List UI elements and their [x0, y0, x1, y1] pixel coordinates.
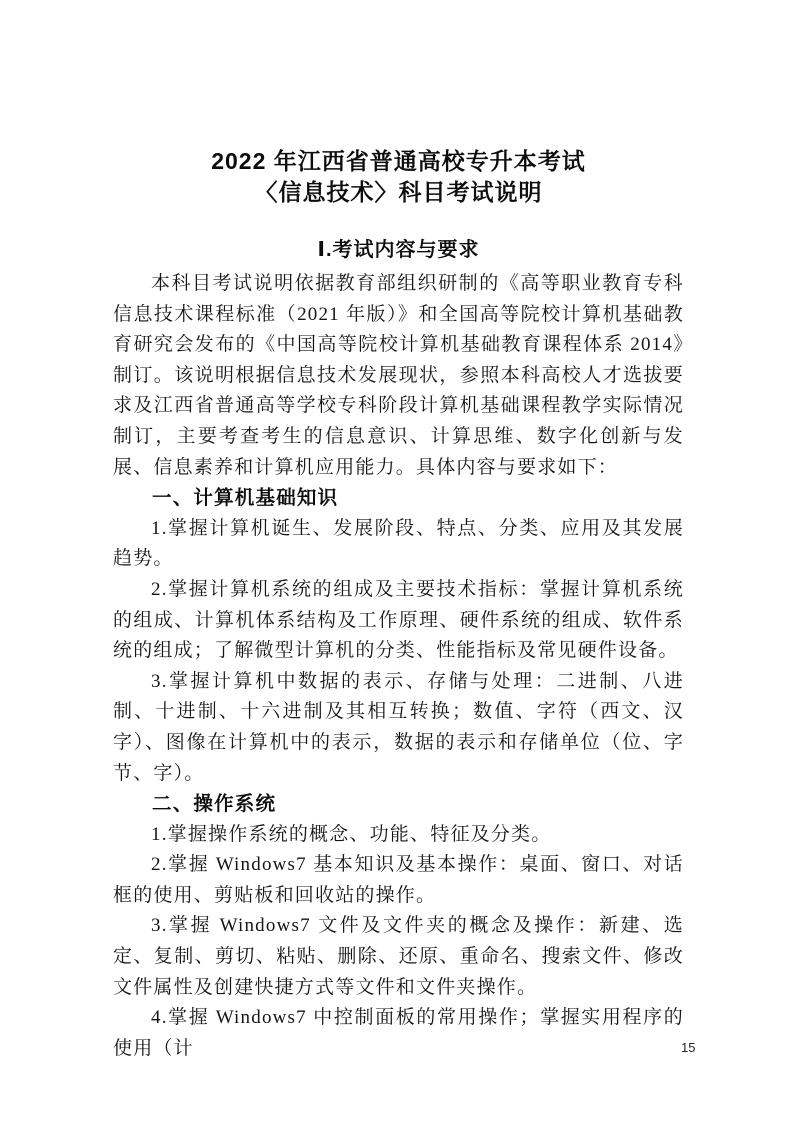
list-item: 1.掌握计算机诞生、发展阶段、特点、分类、应用及其发展趋势。	[113, 514, 684, 575]
list-item: 3.掌握计算机中数据的表示、存储与处理：二进制、八进制、十进制、十六进制及其相互…	[113, 667, 684, 789]
list-item-truncated: 4.掌握 Windows7 中控制面板的常用操作；掌握实用程序的使用（计	[113, 1003, 684, 1064]
document-title-line1: 2022 年江西省普通高校专升本考试	[113, 146, 684, 177]
document-title-line2: 〈信息技术〉科目考试说明	[113, 177, 684, 208]
list-item: 3.掌握 Windows7 文件及文件夹的概念及操作：新建、选定、复制、剪切、粘…	[113, 911, 684, 1003]
list-item: 1.掌握操作系统的概念、功能、特征及分类。	[113, 820, 684, 851]
page-number: 15	[681, 1040, 695, 1055]
document-body: 本科目考试说明依据教育部组织研制的《高等职业教育专科信息技术课程标准（2021 …	[113, 269, 684, 1064]
list-item: 2.掌握计算机系统的组成及主要技术指标：掌握计算机系统的组成、计算机体系结构及工…	[113, 575, 684, 667]
list-item: 2.掌握 Windows7 基本知识及基本操作：桌面、窗口、对话框的使用、剪贴板…	[113, 850, 684, 911]
heading-operating-system: 二、操作系统	[113, 789, 684, 820]
document-page: 2022 年江西省普通高校专升本考试 〈信息技术〉科目考试说明 Ⅰ.考试内容与要…	[0, 0, 793, 1122]
intro-paragraph: 本科目考试说明依据教育部组织研制的《高等职业教育专科信息技术课程标准（2021 …	[113, 269, 684, 483]
section-heading-exam-content: Ⅰ.考试内容与要求	[113, 237, 684, 263]
page-content: 2022 年江西省普通高校专升本考试 〈信息技术〉科目考试说明 Ⅰ.考试内容与要…	[113, 146, 684, 1064]
heading-computer-basics: 一、计算机基础知识	[113, 483, 684, 514]
